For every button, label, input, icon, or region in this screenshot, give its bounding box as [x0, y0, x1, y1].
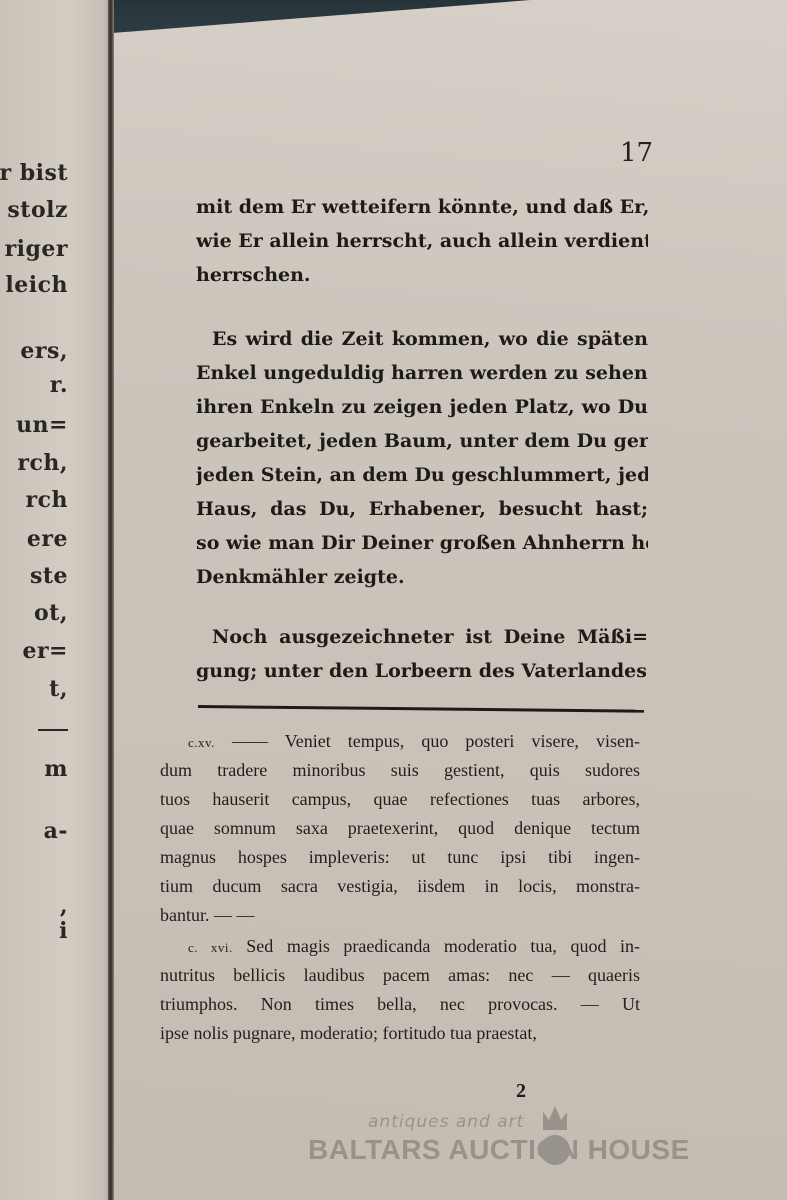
- left-page-fragment: ,: [60, 893, 68, 919]
- footnote-line: ipse nolis pugnare, moderatio; fortitudo…: [160, 1019, 640, 1048]
- watermark-tagline: antiques and art: [368, 1112, 524, 1132]
- paragraph: Es wird die Zeit kommen, wo die spätenEn…: [196, 322, 648, 594]
- footnote-line: nutritus bellicis laudibus pacem amas: n…: [160, 961, 640, 990]
- footnote-line: quae somnum saxa praetexerint, quod deni…: [160, 814, 640, 843]
- paragraph: mit dem Er wetteifern könnte, und daß Er…: [196, 190, 648, 292]
- left-page-fragment: t,: [49, 676, 68, 702]
- footnote: c. xvi. Sed magis praedicanda moderatio …: [160, 932, 640, 1048]
- signature-mark: 2: [516, 1080, 526, 1103]
- text-line: mit dem Er wetteifern könnte, und daß Er…: [196, 190, 648, 224]
- crown-icon: [540, 1104, 570, 1174]
- page-number: 17: [620, 138, 653, 168]
- left-page-fragment: rch: [26, 487, 68, 513]
- footnote-line: tium ducum sacra vestigia, iisdem in loc…: [160, 872, 640, 901]
- watermark: antiques and art BALTARS AUCTION HOUSE: [308, 1110, 728, 1180]
- footnote-line: tuos hauserit campus, quae refectiones t…: [160, 785, 640, 814]
- footnote-line: c.xv. —— Veniet tempus, quo posteri vise…: [160, 727, 640, 756]
- left-page-fragment: ere: [27, 526, 68, 552]
- left-page-fragment: m: [44, 756, 68, 782]
- footnote-text: —— Veniet tempus, quo posteri visere, vi…: [232, 731, 640, 751]
- footnote-text: Sed magis praedicanda moderatio tua, quo…: [246, 936, 640, 956]
- watermark-name: BALTARS AUCTION HOUSE: [308, 1134, 690, 1166]
- footnote-line: dum tradere minoribus suis gestient, qui…: [160, 756, 640, 785]
- text-line: Denkmähler zeigte.: [196, 560, 648, 594]
- footnote-line: c. xvi. Sed magis praedicanda moderatio …: [160, 932, 640, 961]
- text-line: Noch ausgezeichneter ist Deine Mäßi=: [196, 620, 648, 654]
- footnote: c.xv. —— Veniet tempus, quo posteri vise…: [160, 727, 640, 930]
- text-line: Haus, das Du, Erhabener, besucht hast;: [196, 492, 648, 526]
- text-line: Enkel ungeduldig harren werden zu sehen,…: [196, 356, 648, 390]
- text-line: gung; unter den Lorbeern des Vaterlandes: [196, 654, 648, 688]
- left-page-fragment: r.: [50, 372, 68, 398]
- left-footnote-rule: [38, 729, 68, 731]
- paragraph: Noch ausgezeichneter ist Deine Mäßi=gung…: [196, 620, 648, 688]
- footnote-label: c.xv.: [188, 735, 215, 750]
- text-line: Es wird die Zeit kommen, wo die späten: [196, 322, 648, 356]
- text-line: herrschen.: [196, 258, 648, 292]
- text-line: so wie man Dir Deiner großen Ahnherrn he…: [196, 526, 648, 560]
- text-line: gearbeitet, jeden Baum, unter dem Du ger…: [196, 424, 648, 458]
- footnote-line: triumphos. Non times bella, nec provocas…: [160, 990, 640, 1019]
- left-page-fragment: er=: [22, 638, 68, 664]
- text-line: ihren Enkeln zu zeigen jeden Platz, wo D…: [196, 390, 648, 424]
- left-page-fragment: rch,: [17, 450, 68, 476]
- text-line: wie Er allein herrscht, auch allein verd…: [196, 224, 648, 258]
- left-page: r biststolzrigerleichers,r.un=rch,rchere…: [0, 0, 112, 1200]
- footnote-line: bantur. — —: [160, 901, 640, 930]
- book-gutter: [108, 0, 114, 1200]
- left-page-fragment: a-: [44, 818, 68, 844]
- left-page-fragment: ste: [30, 563, 68, 589]
- left-page-fragment: un=: [16, 412, 68, 438]
- left-page-fragment: ers,: [20, 338, 68, 364]
- left-page-fragment: i: [59, 918, 68, 944]
- left-page-fragment: stolz: [7, 197, 68, 223]
- left-page-fragment: ot,: [34, 600, 68, 626]
- left-page-fragment: leich: [5, 272, 68, 298]
- text-line: jeden Stein, an dem Du geschlummert, jed…: [196, 458, 648, 492]
- footnote-line: magnus hospes impleveris: ut tunc ipsi t…: [160, 843, 640, 872]
- left-page-fragment: riger: [5, 236, 68, 262]
- footnote-label: c. xvi.: [188, 940, 233, 955]
- left-page-fragment: r bist: [0, 160, 68, 186]
